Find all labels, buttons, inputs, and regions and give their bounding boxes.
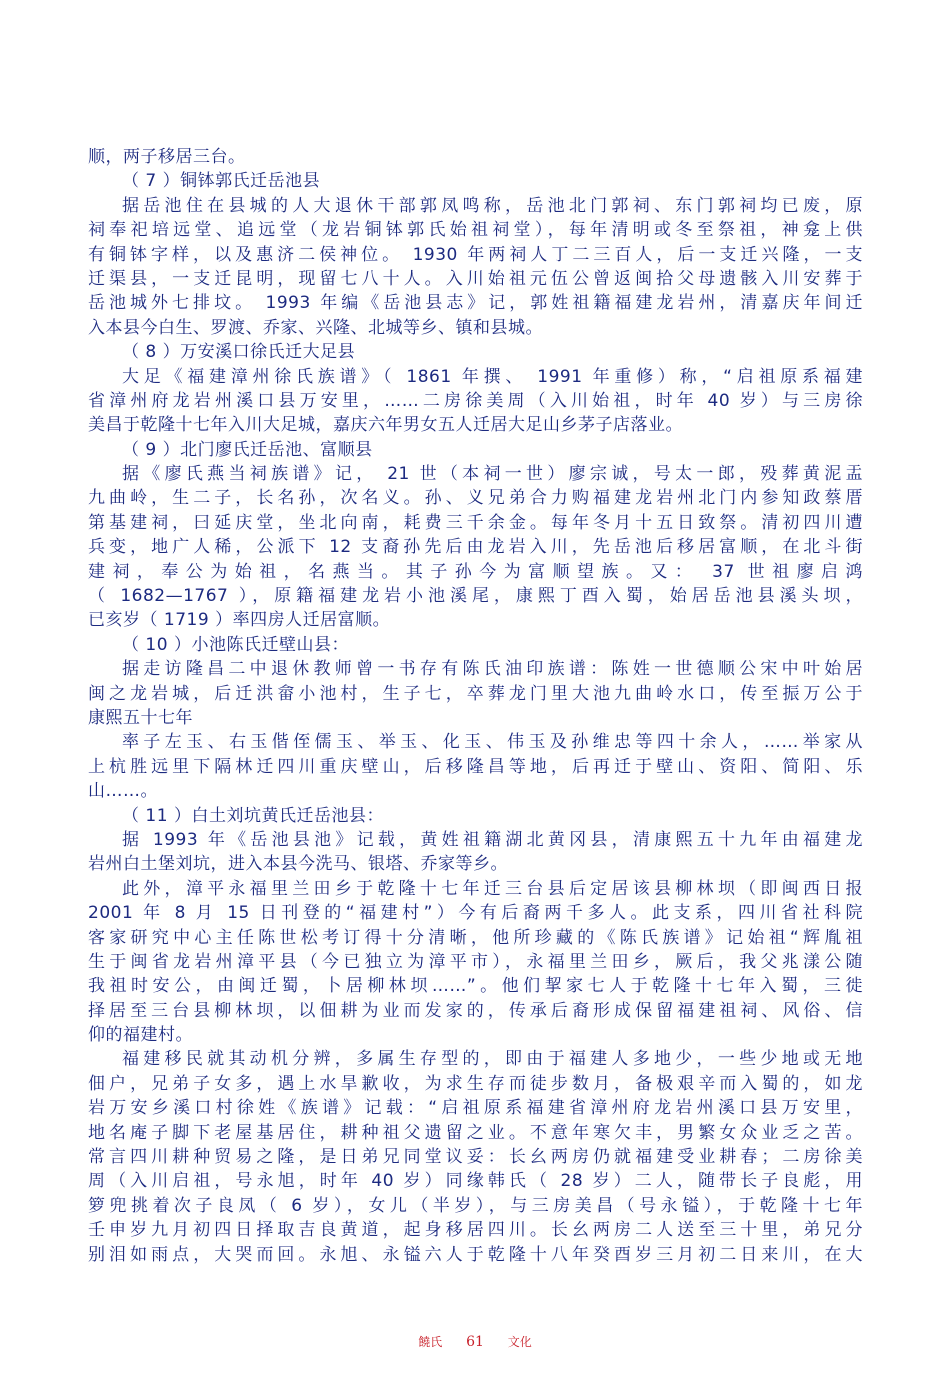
text-line: 别泪如雨点，大哭而回。永旭、永镒六人于乾隆十八年癸酉岁三月初二日来川，在大 [88, 1243, 863, 1267]
text-line: 祠奉祀培远堂、追远堂（龙岩铜钵郭氏始祖祠堂），每年清明或冬至祭祖，神龛上供 [88, 218, 863, 242]
text-line: 据走访隆昌二中退休教师曾一书存有陈氏油印族谱：陈姓一世德顺公宋中叶始居 [88, 657, 863, 681]
paragraph: 率子左玉、右玉偕侄儒玉、举玉、化玉、伟玉及孙维忠等四十余人，……举家从上杭胜远里… [88, 730, 863, 803]
text-line: （ 9 ）北门廖氏迁岳池、富顺县 [88, 438, 863, 462]
text-line: 地名庵子脚下老屋基居住，耕种祖父遗留之业。不意年寒欠丰，男繁女众业乏之苦。 [88, 1121, 863, 1145]
text-line: 岩万安乡溪口村徐姓《族谱》记载：“启祖原系福建省漳州府龙岩州溪口县万安里， [88, 1096, 863, 1120]
footer-left-label: 饒氏 [418, 1335, 442, 1349]
text-line: （ 7 ）铜钵郭氏迁岳池县 [88, 169, 863, 193]
text-line: 岳池城外七排坟。 1993 年编《岳池县志》记，郭姓祖籍福建龙岩州，清嘉庆年间迁 [88, 291, 863, 315]
text-line: 此外，漳平永福里兰田乡于乾隆十七年迁三台县后定居该县柳林坝（即闽西日报 [88, 877, 863, 901]
text-line: 上杭胜远里下隔林迁四川重庆壁山，后移隆昌等地，后再迁于壁山、资阳、简阳、乐 [88, 755, 863, 779]
text-line: 已亥岁（ 1719 ）率四房人迁居富顺。 [88, 608, 863, 632]
paragraph: 据走访隆昌二中退休教师曾一书存有陈氏油印族谱：陈姓一世德顺公宋中叶始居闽之龙岩城… [88, 657, 863, 730]
text-line: 闽之龙岩城，后迁洪畲小池村，生子七，卒葬龙门里大池九曲岭水口，传至振万公于 [88, 682, 863, 706]
section-heading: （ 8 ）万安溪口徐氏迁大足县 [88, 340, 863, 364]
text-line: 壬申岁九月初四日择取吉良黄道，起身移居四川。长幺两房二人送至三十里，弟兄分 [88, 1218, 863, 1242]
text-line: 大足《福建漳州徐氏族谱》（ 1861 年撰、 1991 年重修）称，“启祖原系福… [88, 365, 863, 389]
text-line: 康熙五十七年 [88, 706, 863, 730]
document-page: 顺，两子移居三台。（ 7 ）铜钵郭氏迁岳池县据岳池住在县城的人大退休干部郭凤鸣称… [88, 145, 863, 1267]
text-line: 据 1993 年《岳池县池》记载，黄姓祖籍湖北黄冈县，清康熙五十九年由福建龙 [88, 828, 863, 852]
text-line: 山……。 [88, 779, 863, 803]
text-line: 择居至三台县柳林坝，以佃耕为业而发家的，传承后裔形成保留福建祖祠、风俗、信 [88, 999, 863, 1023]
text-line: 周（入川启祖，号永旭，时年 40 岁）同缘韩氏（ 28 岁）二人，随带长子良彪，… [88, 1169, 863, 1193]
text-line: 福建移民就其动机分辨，多属生存型的，即由于福建人多地少，一些少地或无地 [88, 1047, 863, 1071]
text-line: 岩州白土堡刘坑，进入本县今洗马、银塔、乔家等乡。 [88, 852, 863, 876]
text-line: （ 1682—1767 ），原籍福建龙岩小池溪尾，康熙丁酉入蜀，始居岳池县溪头坝… [88, 584, 863, 608]
paragraph: 福建移民就其动机分辨，多属生存型的，即由于福建人多地少，一些少地或无地佃户，兄弟… [88, 1047, 863, 1267]
text-line: 佃户，兄弟子女多，遇上水旱歉收，为求生存而徒步数月，备极艰辛而入蜀的，如龙 [88, 1072, 863, 1096]
paragraph: 据《廖氏燕当祠族谱》记， 21 世（本祠一世）廖宗诚，号太一郎，殁葬黄泥盂九曲岭… [88, 462, 863, 633]
text-line: 客家研究中心主任陈世松考订得十分清晰，他所珍藏的《陈氏族谱》记始祖“辉胤祖 [88, 926, 863, 950]
section-heading: （ 7 ）铜钵郭氏迁岳池县 [88, 169, 863, 193]
section-heading: （ 9 ）北门廖氏迁岳池、富顺县 [88, 438, 863, 462]
text-line: 据《廖氏燕当祠族谱》记， 21 世（本祠一世）廖宗诚，号太一郎，殁葬黄泥盂 [88, 462, 863, 486]
text-line: 生于闽省龙岩州漳平县（今已独立为漳平市），永福里兰田乡，厥后，我父兆漾公随 [88, 950, 863, 974]
text-line: 顺，两子移居三台。 [88, 145, 863, 169]
text-line: （ 11 ）白土刘坑黄氏迁岳池县： [88, 804, 863, 828]
section-heading: （ 11 ）白土刘坑黄氏迁岳池县： [88, 804, 863, 828]
text-line: 美昌于乾隆十七年入川大足城，嘉庆六年男女五人迁居大足山乡茅子店落业。 [88, 413, 863, 437]
text-line: （ 8 ）万安溪口徐氏迁大足县 [88, 340, 863, 364]
text-line: 第基建祠，曰延庆堂，坐北向南，耗费三千余金。每年冬月十五日致祭。清初四川遭 [88, 511, 863, 535]
text-line: 迁渠县，一支迁昆明，现留七八十人。入川始祖元伍公曾返闽拾父母遗骸入川安葬于 [88, 267, 863, 291]
paragraph: 此外，漳平永福里兰田乡于乾隆十七年迁三台县后定居该县柳林坝（即闽西日报2001 … [88, 877, 863, 1048]
text-line: 率子左玉、右玉偕侄儒玉、举玉、化玉、伟玉及孙维忠等四十余人，……举家从 [88, 730, 863, 754]
text-line: 兵变，地广人稀，公派下 12 支裔孙先后由龙岩入川，先岳池后移居富顺，在北斗街 [88, 535, 863, 559]
text-line: 仰的福建村。 [88, 1023, 863, 1047]
text-line: 箩兜挑着次子良凤（ 6 岁），女儿（半岁），与三房美昌（号永镒），于乾隆十七年 [88, 1194, 863, 1218]
text-line: 建祠，奉公为始祖，名燕当。其子孙今为富顺望族。又： 37 世祖廖启鸿 [88, 560, 863, 584]
section-heading: （ 10 ）小池陈氏迁壁山县： [88, 633, 863, 657]
paragraph: 顺，两子移居三台。 [88, 145, 863, 169]
text-line: 我祖时安公，由闽迁蜀，卜居柳林坝……”。他们挈家七人于乾隆十七年入蜀，三徙 [88, 974, 863, 998]
text-line: 省漳州府龙岩州溪口县万安里，……二房徐美周（入川始祖，时年 40 岁）与三房徐 [88, 389, 863, 413]
paragraph: 据 1993 年《岳池县池》记载，黄姓祖籍湖北黄冈县，清康熙五十九年由福建龙岩州… [88, 828, 863, 877]
paragraph: 据岳池住在县城的人大退休干部郭凤鸣称，岳池北门郭祠、东门郭祠均已废，原祠奉祀培远… [88, 194, 863, 340]
text-line: （ 10 ）小池陈氏迁壁山县： [88, 633, 863, 657]
footer-right-label: 文化 [508, 1335, 532, 1349]
page-number: 61 [466, 1334, 484, 1350]
text-line: 据岳池住在县城的人大退休干部郭凤鸣称，岳池北门郭祠、东门郭祠均已废，原 [88, 194, 863, 218]
text-line: 九曲岭，生二子，长名孙，次名义。孙、义兄弟合力购福建龙岩州北门内参知政蔡厝 [88, 486, 863, 510]
text-line: 2001 年 8 月 15 日刊登的“福建村”）今有后裔两千多人。此支系，四川省… [88, 901, 863, 925]
text-line: 常言四川耕种贸易之隆，是日弟兄同堂议妥：长幺两房仍就福建受业耕春；二房徐美 [88, 1145, 863, 1169]
text-line: 有铜钵字样，以及惠济二侯神位。 1930 年两祠人丁二三百人，后一支迁兴隆，一支 [88, 243, 863, 267]
page-footer: 饒氏 61 文化 [0, 1333, 950, 1350]
paragraph: 大足《福建漳州徐氏族谱》（ 1861 年撰、 1991 年重修）称，“启祖原系福… [88, 365, 863, 438]
text-line: 入本县今白生、罗渡、乔家、兴隆、北城等乡、镇和县城。 [88, 316, 863, 340]
